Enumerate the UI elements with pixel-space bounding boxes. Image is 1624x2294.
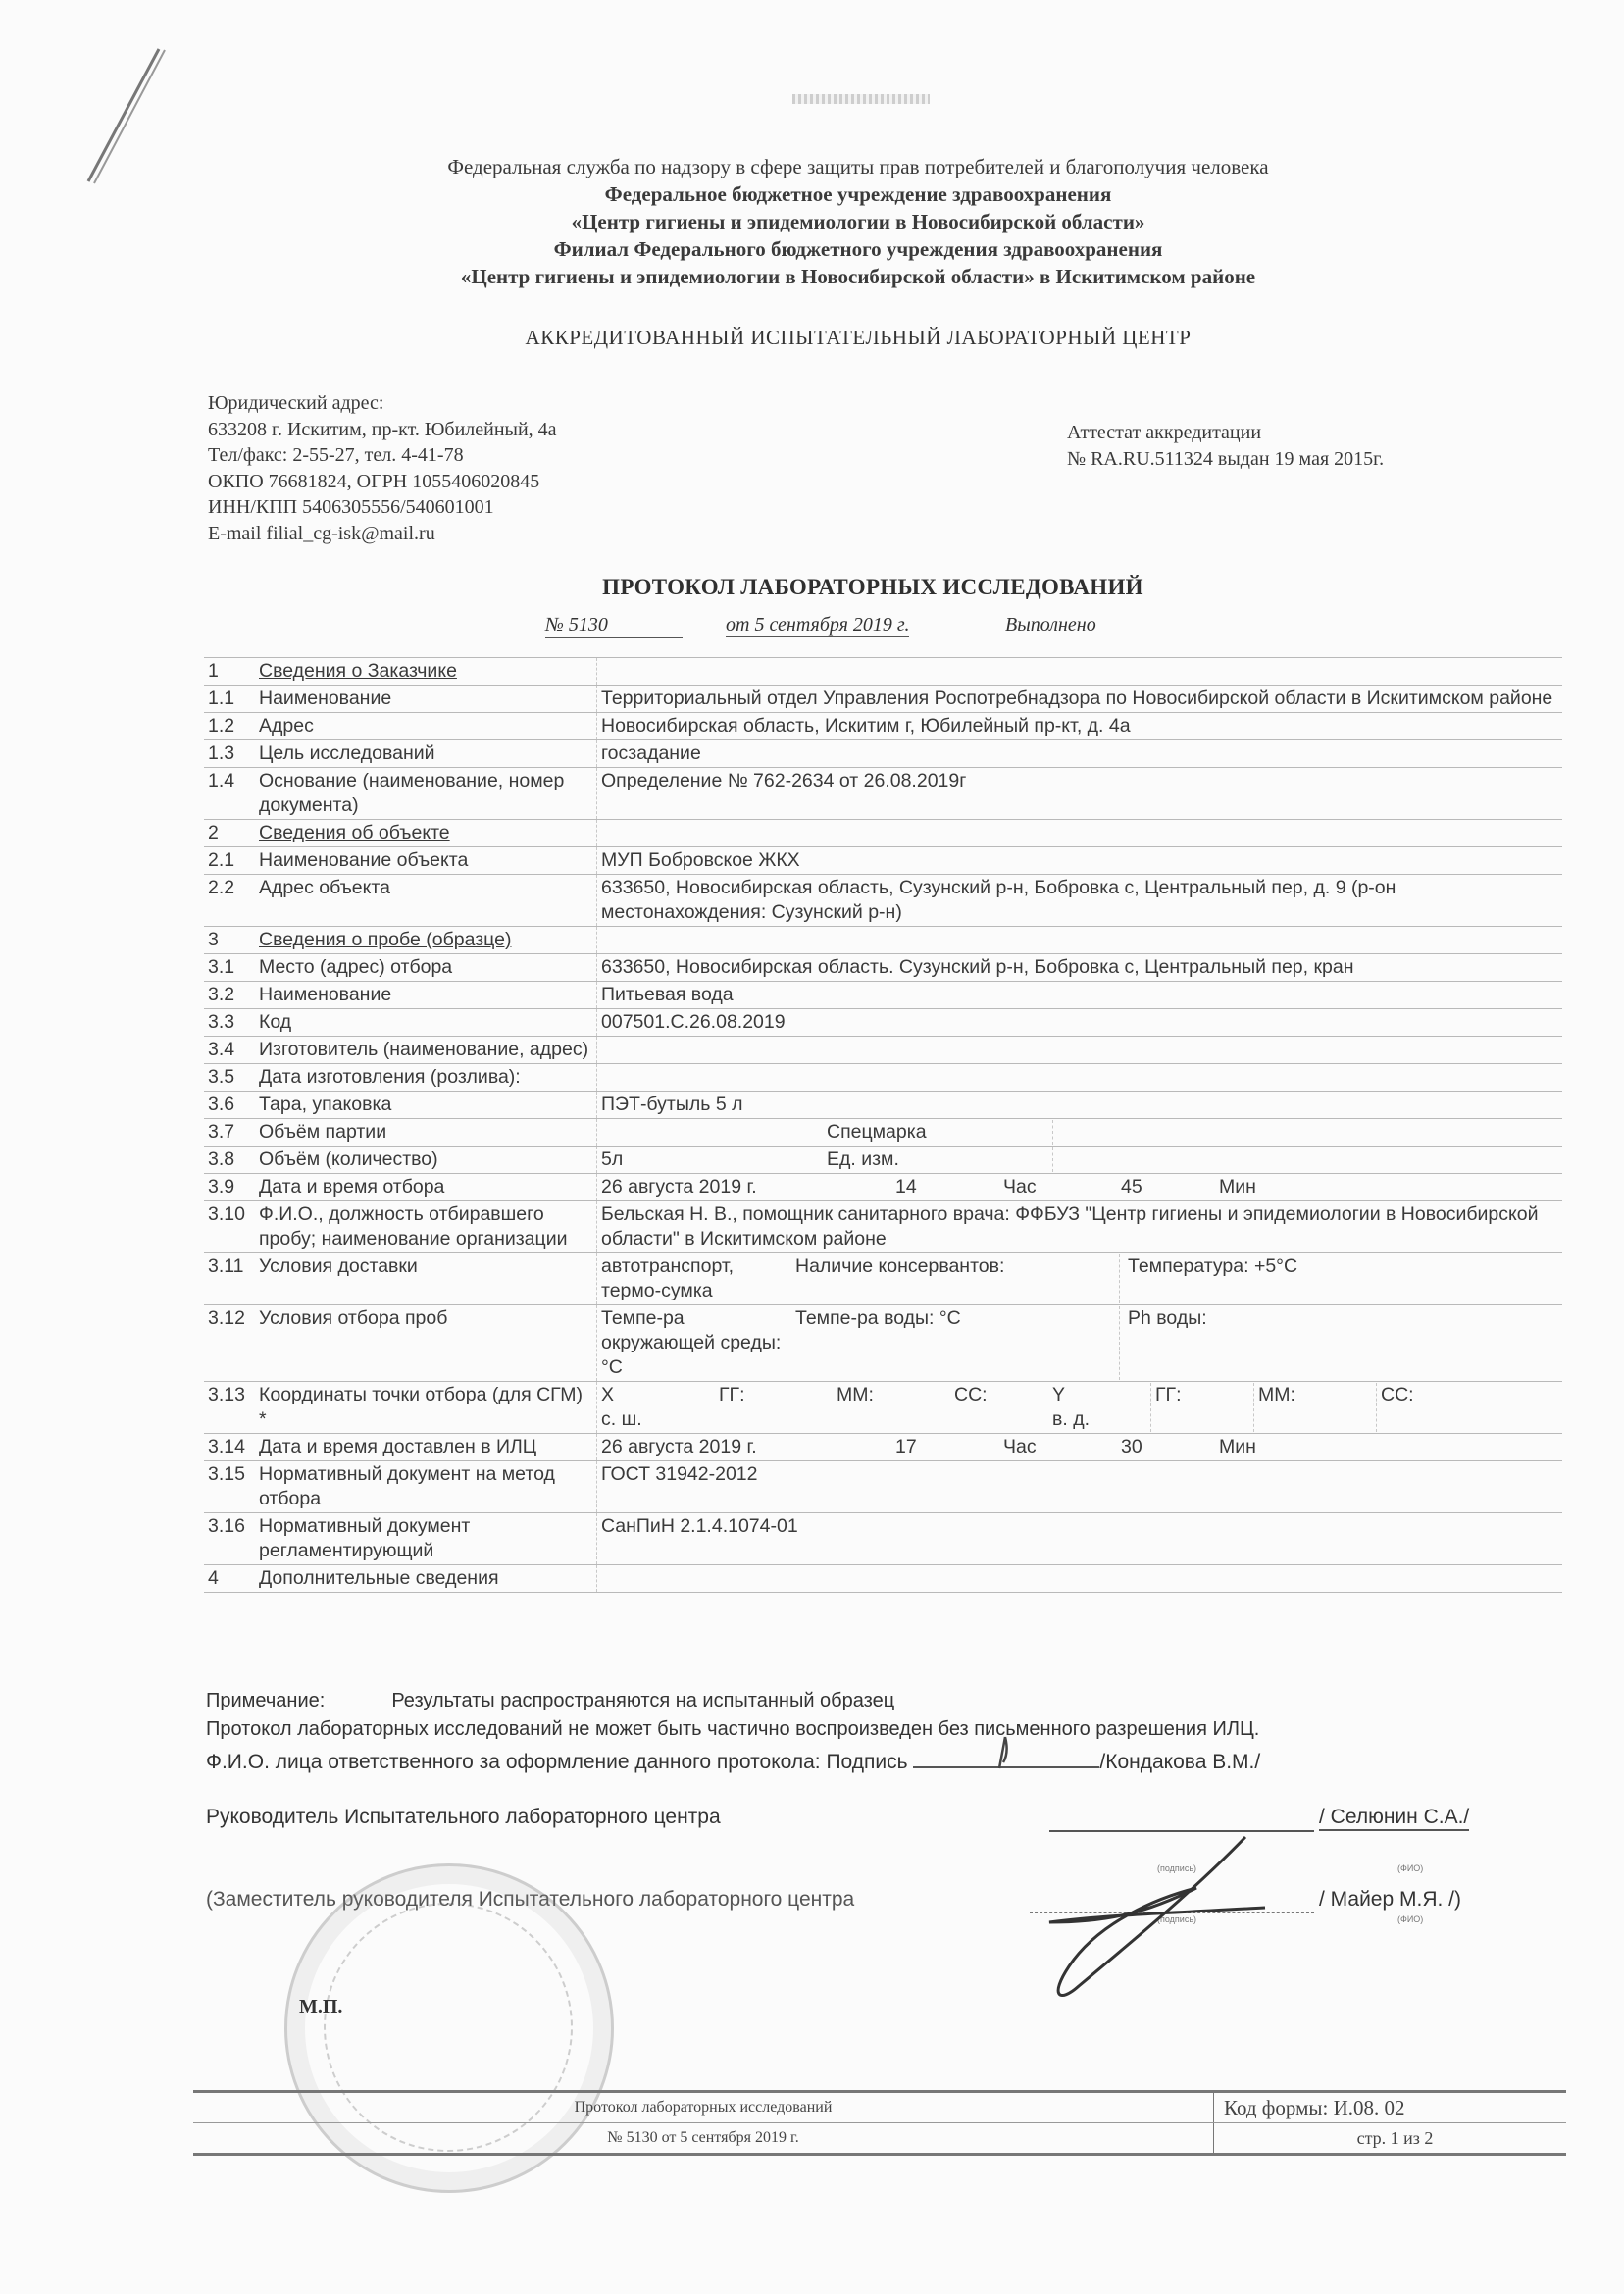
accreditation-number: № RA.RU.511324 выдан 19 мая 2015г. [1067,446,1384,473]
table-row: 3.3Код007501.С.26.08.2019 [204,1009,1562,1037]
row-number: 1.2 [204,713,255,740]
agency-header: Федеральная служба по надзору в сфере за… [294,153,1422,290]
row-number: 1.4 [204,768,255,820]
table-row: 3.16Нормативный документ регламентирующи… [204,1513,1562,1565]
note-text: Результаты распространяются на испытанны… [391,1690,894,1711]
row-value-part: Мин [1219,1175,1558,1199]
row-label: Нормативный документ на метод отбора [255,1461,597,1513]
note-label: Примечание: [206,1690,325,1711]
table-row: 4Дополнительные сведения [204,1565,1562,1593]
row-value-part: Час [1003,1175,1121,1199]
row-label: Адрес [255,713,597,740]
row-value: МУП Бобровское ЖКХ [597,847,1563,875]
row-value: Питьевая вода [597,982,1563,1009]
responsible-signature-field [913,1747,1099,1768]
table-row: 3.4Изготовитель (наименование, адрес) [204,1037,1562,1064]
row-number: 3.14 [204,1434,255,1461]
table-row: 3.7Объём партииСпецмарка [204,1119,1562,1147]
row-label: Наименование [255,686,597,713]
row-label: Дополнительные сведения [255,1565,597,1593]
row-value: Темпе-ра окружающей среды: °СТемпе-ра во… [597,1305,1563,1382]
row-value-parts: 5лЕд. изм. [601,1147,1558,1172]
row-label: Код [255,1009,597,1037]
row-number: 3.5 [204,1064,255,1092]
row-value: Определение № 762-2634 от 26.08.2019г [597,768,1563,820]
row-value-part [1052,1147,1558,1172]
footer-doc-name: Протокол лабораторных исследований [193,2099,1213,2116]
row-value-part: ММ: [1253,1383,1376,1432]
footer-row-1: Протокол лабораторных исследований Код ф… [193,2093,1566,2123]
header-line-5: «Центр гигиены и эпидемиологии в Новосиб… [294,263,1422,290]
head-name: / Селюнин С.А./ [1319,1806,1469,1831]
protocol-status: Выполнено [1005,614,1096,637]
row-value-part: Час [1003,1435,1121,1459]
table-row: 3.14Дата и время доставлен в ИЛЦ26 авгус… [204,1434,1562,1461]
row-value-part: Спецмарка [827,1120,1052,1145]
row-value-part: СС: [1376,1383,1558,1432]
row-label: Место (адрес) отбора [255,954,597,982]
address-inn-kpp: ИНН/КПП 5406305556/540601001 [208,494,557,521]
row-label: Дата и время отбора [255,1174,597,1201]
row-number: 3.12 [204,1305,255,1382]
header-line-4: Филиал Федерального бюджетного учреждени… [294,235,1422,263]
table-row: 3.11Условия доставкиавтотранспорт, термо… [204,1253,1562,1305]
row-value-part: Мин [1219,1435,1558,1459]
row-value: автотранспорт, термо-сумкаНаличие консер… [597,1253,1563,1305]
lab-title: АККРЕДИТОВАННЫЙ ИСПЫТАТЕЛЬНЫЙ ЛАБОРАТОРН… [294,326,1422,350]
row-label: Адрес объекта [255,875,597,927]
page-footer: Протокол лабораторных исследований Код ф… [193,2090,1566,2156]
row-number: 3.4 [204,1037,255,1064]
address-street: 633208 г. Искитим, пр-кт. Юбилейный, 4а [208,417,557,443]
row-value-part [1052,1120,1558,1145]
protocol-date: от 5 сентября 2019 г. [726,614,909,637]
table-row: 1.3Цель исследованийгосзадание [204,740,1562,768]
row-value: Бельская Н. В., помощник санитарного вра… [597,1201,1563,1253]
row-number: 3.8 [204,1147,255,1174]
section-heading: Сведения о Заказчике [255,658,597,686]
row-value-part: 30 [1121,1435,1219,1459]
row-value: X с. ш.ГГ:ММ:СС:Y в. д.ГГ:ММ:СС: [597,1382,1563,1434]
row-value-part: Темпе-ра воды: °С [787,1306,1119,1380]
table-row: 3.1Место (адрес) отбора633650, Новосибир… [204,954,1562,982]
row-label: Ф.И.О., должность отбиравшего пробу; наи… [255,1201,597,1253]
row-number: 3.3 [204,1009,255,1037]
row-value: Спецмарка [597,1119,1563,1147]
header-line-2: Федеральное бюджетное учреждение здравоо… [294,180,1422,208]
row-number: 4 [204,1565,255,1593]
protocol-date-text: от 5 сентября 2019 г. [726,614,909,637]
accreditation-label: Аттестат аккредитации [1067,420,1384,446]
row-value: ГОСТ 31942-2012 [597,1461,1563,1513]
row-number: 3.10 [204,1201,255,1253]
deputy-name: / Майер М.Я. /) [1319,1888,1461,1912]
row-label: Объём (количество) [255,1147,597,1174]
footer-row-2: № 5130 от 5 сентября 2019 г. стр. 1 из 2 [193,2123,1566,2153]
footer-page: стр. 1 из 2 [1213,2123,1566,2153]
row-value-part: ГГ: [1150,1383,1253,1432]
row-value-part: X с. ш. [601,1383,719,1432]
row-value-part: СС: [954,1383,1052,1432]
row-value [597,820,1563,847]
row-number: 3.16 [204,1513,255,1565]
row-value-part: ММ: [837,1383,954,1432]
row-value [597,927,1563,954]
row-number: 2.1 [204,847,255,875]
table-row: 3.8Объём (количество)5лЕд. изм. [204,1147,1562,1174]
row-label: Наименование [255,982,597,1009]
row-value-parts: Темпе-ра окружающей среды: °СТемпе-ра во… [601,1306,1558,1380]
protocol-number: № 5130 [545,614,683,638]
protocol-title: ПРОТОКОЛ ЛАБОРАТОРНЫХ ИССЛЕДОВАНИЙ [294,575,1451,600]
legal-address-block: Юридический адрес: 633208 г. Искитим, пр… [208,390,557,546]
footer-form-code: Код формы: И.08. 02 [1213,2093,1566,2122]
table-row: 3.6Тара, упаковкаПЭТ-бутыль 5 л [204,1092,1562,1119]
row-value-part: 26 августа 2019 г. [601,1175,895,1199]
address-label: Юридический адрес: [208,390,557,417]
note-line: Примечание:Результаты распространяются н… [206,1687,1260,1715]
table-row: 2Сведения об объекте [204,820,1562,847]
row-value: СанПиН 2.1.4.1074-01 [597,1513,1563,1565]
row-label: Основание (наименование, номер документа… [255,768,597,820]
address-phone: Тел/факс: 2-55-27, тел. 4-41-78 [208,442,557,469]
header-line-1: Федеральная служба по надзору в сфере за… [294,153,1422,180]
section-heading: Сведения об объекте [255,820,597,847]
row-number: 1 [204,658,255,686]
row-label: Координаты точки отбора (для СГМ) * [255,1382,597,1434]
fio-caption-bottom: (ФИО) [1397,1914,1423,1924]
fio-caption-top: (ФИО) [1397,1863,1423,1873]
section-heading: Сведения о пробе (образце) [255,927,597,954]
row-value-part: 26 августа 2019 г. [601,1435,895,1459]
row-value: 633650, Новосибирская область. Сузунский… [597,954,1563,982]
accreditation-block: Аттестат аккредитации № RA.RU.511324 выд… [1067,420,1384,472]
reproduction-note: Протокол лабораторных исследований не мо… [206,1715,1260,1744]
address-email: E-mail filial_cg-isk@mail.ru [208,521,557,547]
notes-block: Примечание:Результаты распространяются н… [206,1687,1260,1776]
table-row: 3.2НаименованиеПитьевая вода [204,982,1562,1009]
row-value-part: Темпе-ра окружающей среды: °С [601,1306,787,1380]
row-value-parts: 26 августа 2019 г.14Час45Мин [601,1175,1558,1199]
row-label: Нормативный документ регламентирующий [255,1513,597,1565]
row-value [597,658,1563,686]
row-value-part: Ед. изм. [827,1147,1052,1172]
row-label: Наименование объекта [255,847,597,875]
table-row: 3.10Ф.И.О., должность отбиравшего пробу;… [204,1201,1562,1253]
row-value-part: ГГ: [719,1383,837,1432]
header-line-3: «Центр гигиены и эпидемиологии в Новосиб… [294,208,1422,235]
row-number: 1.3 [204,740,255,768]
row-number: 3.6 [204,1092,255,1119]
row-label: Цель исследований [255,740,597,768]
row-value: ПЭТ-бутыль 5 л [597,1092,1563,1119]
scan-noise [792,94,930,104]
row-value: 633650, Новосибирская область, Сузунский… [597,875,1563,927]
row-number: 3.7 [204,1119,255,1147]
row-label: Изготовитель (наименование, адрес) [255,1037,597,1064]
row-value-parts: X с. ш.ГГ:ММ:СС:Y в. д.ГГ:ММ:СС: [601,1383,1558,1432]
deputy-name-text: / Майер М.Я. /) [1319,1888,1461,1911]
table-row: 3.13Координаты точки отбора (для СГМ) *X… [204,1382,1562,1434]
row-number: 3.2 [204,982,255,1009]
signature-mark-icon [991,1733,1021,1772]
responsible-name: /Кондакова В.М./ [1099,1751,1260,1773]
row-number: 3.13 [204,1382,255,1434]
head-label: Руководитель Испытательного лабораторног… [206,1806,721,1829]
row-number: 3.11 [204,1253,255,1305]
row-label: Объём партии [255,1119,597,1147]
row-value-parts: Спецмарка [601,1120,1558,1145]
row-value-part: 45 [1121,1175,1219,1199]
row-value [597,1565,1563,1593]
document-page: Федеральная служба по надзору в сфере за… [0,0,1624,2294]
table-row: 3.9Дата и время отбора26 августа 2019 г.… [204,1174,1562,1201]
row-label: Условия доставки [255,1253,597,1305]
row-number: 3.9 [204,1174,255,1201]
row-value: 26 августа 2019 г.14Час45Мин [597,1174,1563,1201]
row-value-part: Y в. д. [1052,1383,1150,1432]
row-value: 5лЕд. изм. [597,1147,1563,1174]
row-value-part: 14 [895,1175,1003,1199]
responsible-line: Ф.И.О. лица ответственного за оформление… [206,1747,1260,1776]
address-okpo-ogrn: ОКПО 76681824, ОГРН 1055406020845 [208,469,557,495]
row-number: 2.2 [204,875,255,927]
table-row: 2.2Адрес объекта633650, Новосибирская об… [204,875,1562,927]
row-value-part: Наличие консервантов: [787,1254,1119,1303]
row-value-part: 17 [895,1435,1003,1459]
row-value-part: автотранспорт, термо-сумка [601,1254,787,1303]
row-number: 3.1 [204,954,255,982]
row-value-part: 5л [601,1147,827,1172]
table-row: 3Сведения о пробе (образце) [204,927,1562,954]
row-value-parts: автотранспорт, термо-сумкаНаличие консер… [601,1254,1558,1303]
responsible-label: Ф.И.О. лица ответственного за оформление… [206,1751,908,1773]
row-value: Территориальный отдел Управления Роспотр… [597,686,1563,713]
row-value-parts: 26 августа 2019 г.17Час30Мин [601,1435,1558,1459]
row-value: Новосибирская область, Искитим г, Юбилей… [597,713,1563,740]
row-value: 007501.С.26.08.2019 [597,1009,1563,1037]
stamp-label: М.П. [299,1996,342,2018]
row-label: Тара, упаковка [255,1092,597,1119]
row-label: Дата и время доставлен в ИЛЦ [255,1434,597,1461]
table-row: 3.15Нормативный документ на метод отбора… [204,1461,1562,1513]
pen-mark-decoration [78,44,177,191]
row-label: Условия отбора проб [255,1305,597,1382]
row-value [597,1064,1563,1092]
table-row: 1.1НаименованиеТерриториальный отдел Упр… [204,686,1562,713]
row-label: Дата изготовления (розлива): [255,1064,597,1092]
row-value-part: Ph воды: [1119,1306,1558,1380]
table-row: 3.5Дата изготовления (розлива): [204,1064,1562,1092]
table-row: 3.12Условия отбора пробТемпе-ра окружающ… [204,1305,1562,1382]
row-value-part: Температура: +5°С [1119,1254,1558,1303]
row-value [597,1037,1563,1064]
protocol-table: 1Сведения о Заказчике1.1НаименованиеТерр… [204,657,1562,1595]
row-number: 3.15 [204,1461,255,1513]
row-number: 3 [204,927,255,954]
row-number: 1.1 [204,686,255,713]
row-value: 26 августа 2019 г.17Час30Мин [597,1434,1563,1461]
table-row: 2.1Наименование объектаМУП Бобровское ЖК… [204,847,1562,875]
row-value: госзадание [597,740,1563,768]
deputy-signature-icon [1020,1829,1275,2006]
table-row: 1.4Основание (наименование, номер докуме… [204,768,1562,820]
table-row: 1.2АдресНовосибирская область, Искитим г… [204,713,1562,740]
table-bottom-border [204,1593,1562,1596]
row-value-part [601,1120,827,1145]
footer-doc-number: № 5130 от 5 сентября 2019 г. [193,2129,1213,2147]
row-number: 2 [204,820,255,847]
table-row: 1Сведения о Заказчике [204,658,1562,686]
